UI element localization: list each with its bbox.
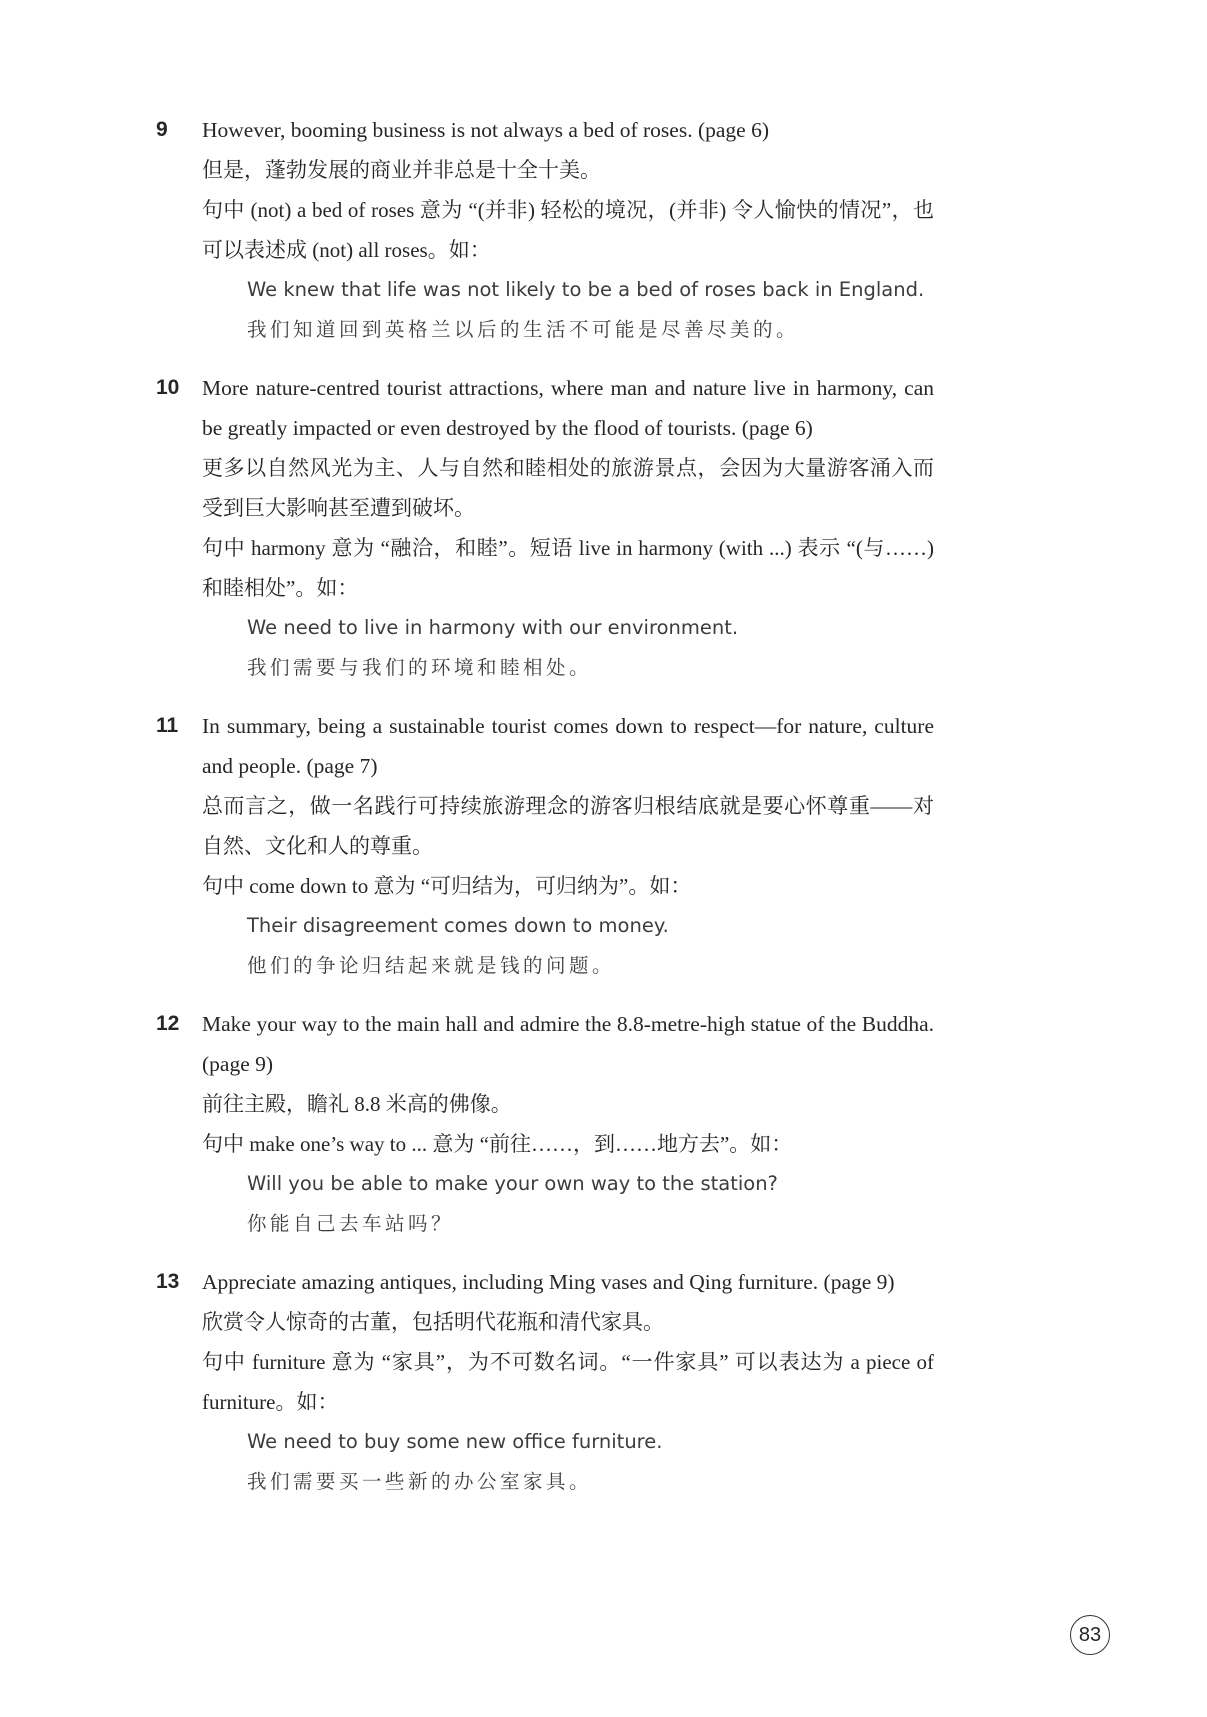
page-number-text: 83 <box>1079 1624 1101 1647</box>
example-translation: 我们需要与我们的环境和睦相处。 <box>247 648 934 688</box>
item-body: In summary, being a sustainable tourist … <box>202 706 934 986</box>
item-body: However, booming business is not always … <box>202 110 934 350</box>
sentence-translation: 前往主殿，瞻礼 8.8 米高的佛像。 <box>202 1084 934 1124</box>
example-english: We need to live in harmony with our envi… <box>247 608 934 648</box>
example-english: We knew that life was not likely to be a… <box>247 270 934 310</box>
note-item: 9 However, booming business is not alway… <box>156 110 934 350</box>
usage-note: 句中 come down to 意为 “可归结为，可归纳为”。如： <box>202 866 934 906</box>
example-english: Their disagreement comes down to money. <box>247 906 934 946</box>
sentence-english: Make your way to the main hall and admir… <box>202 1004 934 1084</box>
example-translation: 你能自己去车站吗？ <box>247 1204 934 1244</box>
note-item: 10 More nature-centred tourist attractio… <box>156 368 934 688</box>
note-item: 12 Make your way to the main hall and ad… <box>156 1004 934 1244</box>
sentence-english: However, booming business is not always … <box>202 110 934 150</box>
item-number: 12 <box>156 1004 202 1244</box>
example-english: We need to buy some new office furniture… <box>247 1422 934 1462</box>
example-translation: 他们的争论归结起来就是钱的问题。 <box>247 946 934 986</box>
example-english: Will you be able to make your own way to… <box>247 1164 934 1204</box>
sentence-translation: 欣赏令人惊奇的古董，包括明代花瓶和清代家具。 <box>202 1302 934 1342</box>
item-body: Make your way to the main hall and admir… <box>202 1004 934 1244</box>
sentence-translation: 总而言之，做一名践行可持续旅游理念的游客归根结底就是要心怀尊重——对自然、文化和… <box>202 786 934 866</box>
note-item: 13 Appreciate amazing antiques, includin… <box>156 1262 934 1502</box>
item-number: 13 <box>156 1262 202 1502</box>
item-body: Appreciate amazing antiques, including M… <box>202 1262 934 1502</box>
usage-note: 句中 make one’s way to ... 意为 “前往……，到……地方去… <box>202 1124 934 1164</box>
item-number: 10 <box>156 368 202 688</box>
example-translation: 我们知道回到英格兰以后的生活不可能是尽善尽美的。 <box>247 310 934 350</box>
sentence-translation: 但是，蓬勃发展的商业并非总是十全十美。 <box>202 150 934 190</box>
example-translation: 我们需要买一些新的办公室家具。 <box>247 1462 934 1502</box>
notes-list: 9 However, booming business is not alway… <box>156 110 934 1520</box>
sentence-translation: 更多以自然风光为主、人与自然和睦相处的旅游景点，会因为大量游客涌入而受到巨大影响… <box>202 448 934 528</box>
sentence-english: Appreciate amazing antiques, including M… <box>202 1262 934 1302</box>
sentence-english: In summary, being a sustainable tourist … <box>202 706 934 786</box>
note-item: 11 In summary, being a sustainable touri… <box>156 706 934 986</box>
textbook-page: 9 However, booming business is not alway… <box>0 0 1207 1717</box>
item-number: 9 <box>156 110 202 350</box>
sentence-english: More nature-centred tourist attractions,… <box>202 368 934 448</box>
page-number-badge: 83 <box>1070 1615 1110 1655</box>
usage-note: 句中 furniture 意为 “家具”，为不可数名词。“一件家具” 可以表达为… <box>202 1342 934 1422</box>
usage-note: 句中 (not) a bed of roses 意为 “(并非) 轻松的境况，(… <box>202 190 934 270</box>
usage-note: 句中 harmony 意为 “融洽，和睦”。短语 live in harmony… <box>202 528 934 608</box>
item-body: More nature-centred tourist attractions,… <box>202 368 934 688</box>
item-number: 11 <box>156 706 202 986</box>
